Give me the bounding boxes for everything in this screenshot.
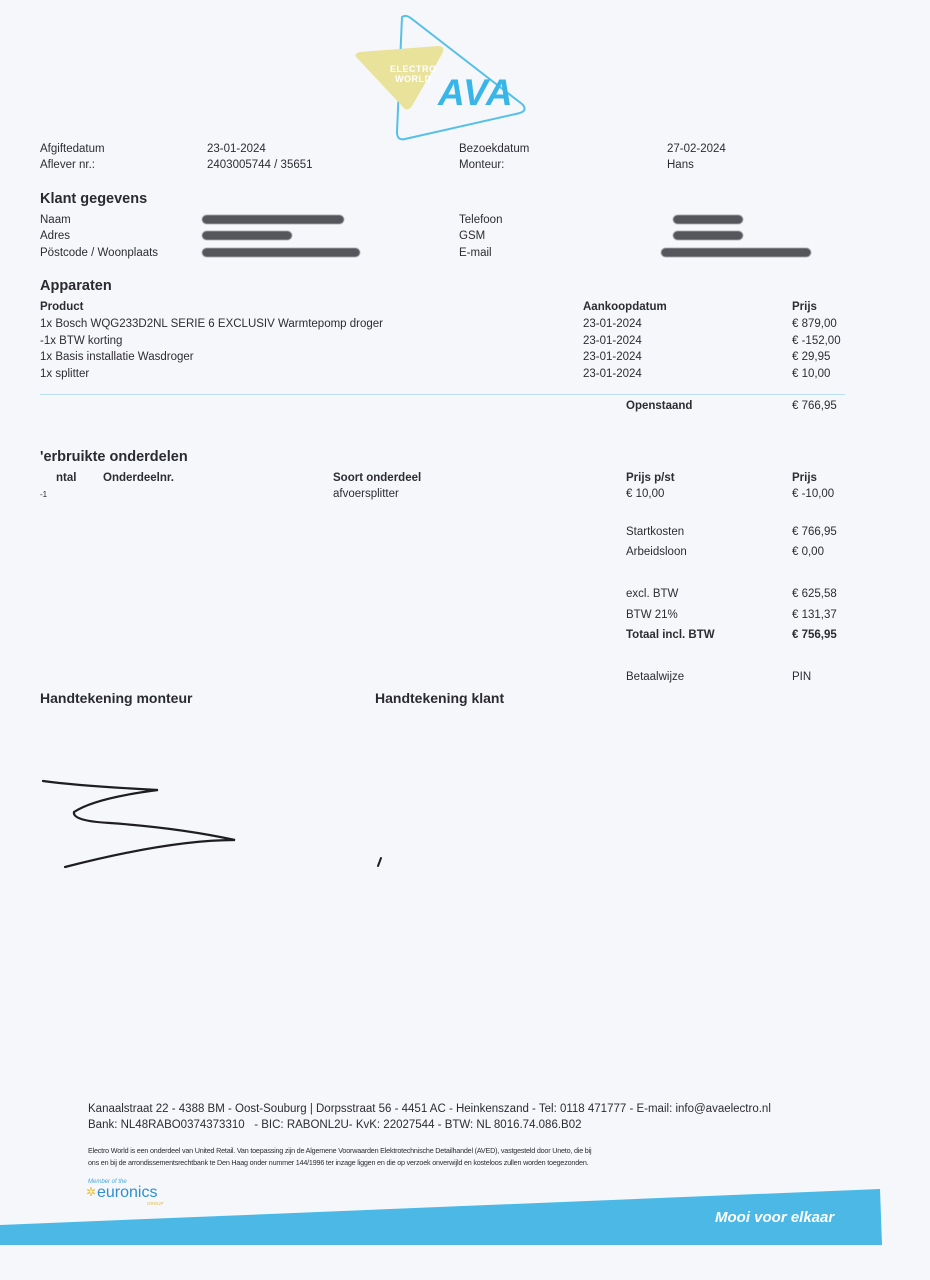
footer-legal-2: ons en bij de arrondissementsrechtbank t… (88, 1158, 588, 1167)
totaal-label: Totaal incl. BTW (626, 629, 715, 641)
openstaand-value: € 766,95 (792, 400, 837, 412)
email-label: E-mail (459, 247, 492, 259)
telefoon-redacted (673, 215, 743, 224)
postcode-label: Pöstcode / Woonplaats (40, 247, 158, 259)
soort-header: Soort onderdeel (333, 472, 421, 484)
telefoon-label: Telefoon (459, 214, 502, 226)
aflever-label: Aflever nr.: (40, 159, 95, 171)
monteur-label: Monteur: (459, 159, 504, 171)
gsm-redacted (673, 231, 743, 240)
slogan: Mooi voor elkaar (715, 1209, 834, 1226)
handtekening-monteur-label: Handtekening monteur (40, 690, 192, 706)
postcode-redacted (202, 248, 360, 257)
datum-cell: 23-01-2024 (583, 368, 642, 380)
logo-ava: AVA (438, 72, 514, 114)
aantal-header: ntal (56, 472, 76, 484)
btw-label: BTW 21% (626, 609, 678, 621)
excl-btw-value: € 625,58 (792, 588, 837, 600)
product-cell: 1x splitter (40, 368, 89, 380)
logo-electro-world: ELECTRO WORLD (390, 64, 437, 84)
datum-cell: 23-01-2024 (583, 318, 642, 330)
prijs-pst-header: Prijs p/st (626, 472, 675, 484)
product-cell: 1x Bosch WQG233D2NL SERIE 6 EXCLUSIV War… (40, 318, 383, 330)
footer-address: Kanaalstraat 22 - 4388 BM - Oost-Souburg… (88, 1103, 771, 1115)
onderdelen-prijs-header: Prijs (792, 472, 817, 484)
product-cell: 1x Basis installatie Wasdroger (40, 351, 194, 363)
footer-legal-1: Electro World is een onderdeel van Unite… (88, 1146, 591, 1155)
klant-gegevens-heading: Klant gegevens (40, 191, 147, 207)
product-cell: -1x BTW korting (40, 335, 122, 347)
prijs-cell: € 879,00 (792, 318, 837, 330)
gsm-label: GSM (459, 230, 485, 242)
aantal-cell: -1 (40, 490, 47, 499)
datum-cell: 23-01-2024 (583, 351, 642, 363)
excl-btw-label: excl. BTW (626, 588, 678, 600)
startkosten-label: Startkosten (626, 526, 684, 538)
datum-cell: 23-01-2024 (583, 335, 642, 347)
product-header: Product (40, 301, 83, 313)
btw-value: € 131,37 (792, 609, 837, 621)
naam-label: Naam (40, 214, 71, 226)
onderdeelnr-header: Onderdeelnr. (103, 472, 174, 484)
logo: ELECTRO WORLD AVA (350, 14, 540, 142)
prijs-cell: € 29,95 (792, 351, 830, 363)
aankoopdatum-header: Aankoopdatum (583, 301, 667, 313)
startkosten-value: € 766,95 (792, 526, 837, 538)
naam-redacted (202, 215, 344, 224)
monteur-value: Hans (667, 159, 694, 171)
apparaten-heading: Apparaten (40, 278, 112, 294)
betaalwijze-label: Betaalwijze (626, 671, 684, 683)
aflever-value: 2403005744 / 35651 (207, 159, 313, 171)
prijs-cell: € 10,00 (792, 368, 830, 380)
prijs-header: Prijs (792, 301, 817, 313)
onderdelen-prijs-cell: € -10,00 (792, 488, 834, 500)
onderdelen-heading: 'erbruikte onderdelen (40, 449, 188, 465)
prijs-cell: € -152,00 (792, 335, 841, 347)
afgiftedatum-label: Afgiftedatum (40, 143, 105, 155)
arbeidsloon-label: Arbeidsloon (626, 546, 687, 558)
adres-redacted (202, 231, 292, 240)
prijs-pst-cell: € 10,00 (626, 488, 664, 500)
totaal-value: € 756,95 (792, 629, 837, 641)
adres-label: Adres (40, 230, 70, 242)
monteur-signature-icon (0, 740, 420, 890)
afgiftedatum-value: 23-01-2024 (207, 143, 266, 155)
bezoekdatum-label: Bezoekdatum (459, 143, 529, 155)
soort-cell: afvoersplitter (333, 488, 399, 500)
divider (40, 394, 845, 395)
handtekening-klant-label: Handtekening klant (375, 690, 504, 706)
footer-bank: Bank: NL48RABO0374373310 - BIC: RABONL2U… (88, 1119, 582, 1131)
betaalwijze-value: PIN (792, 671, 811, 683)
openstaand-label: Openstaand (626, 400, 692, 412)
email-redacted (661, 248, 811, 257)
bezoekdatum-value: 27-02-2024 (667, 143, 726, 155)
arbeidsloon-value: € 0,00 (792, 546, 824, 558)
